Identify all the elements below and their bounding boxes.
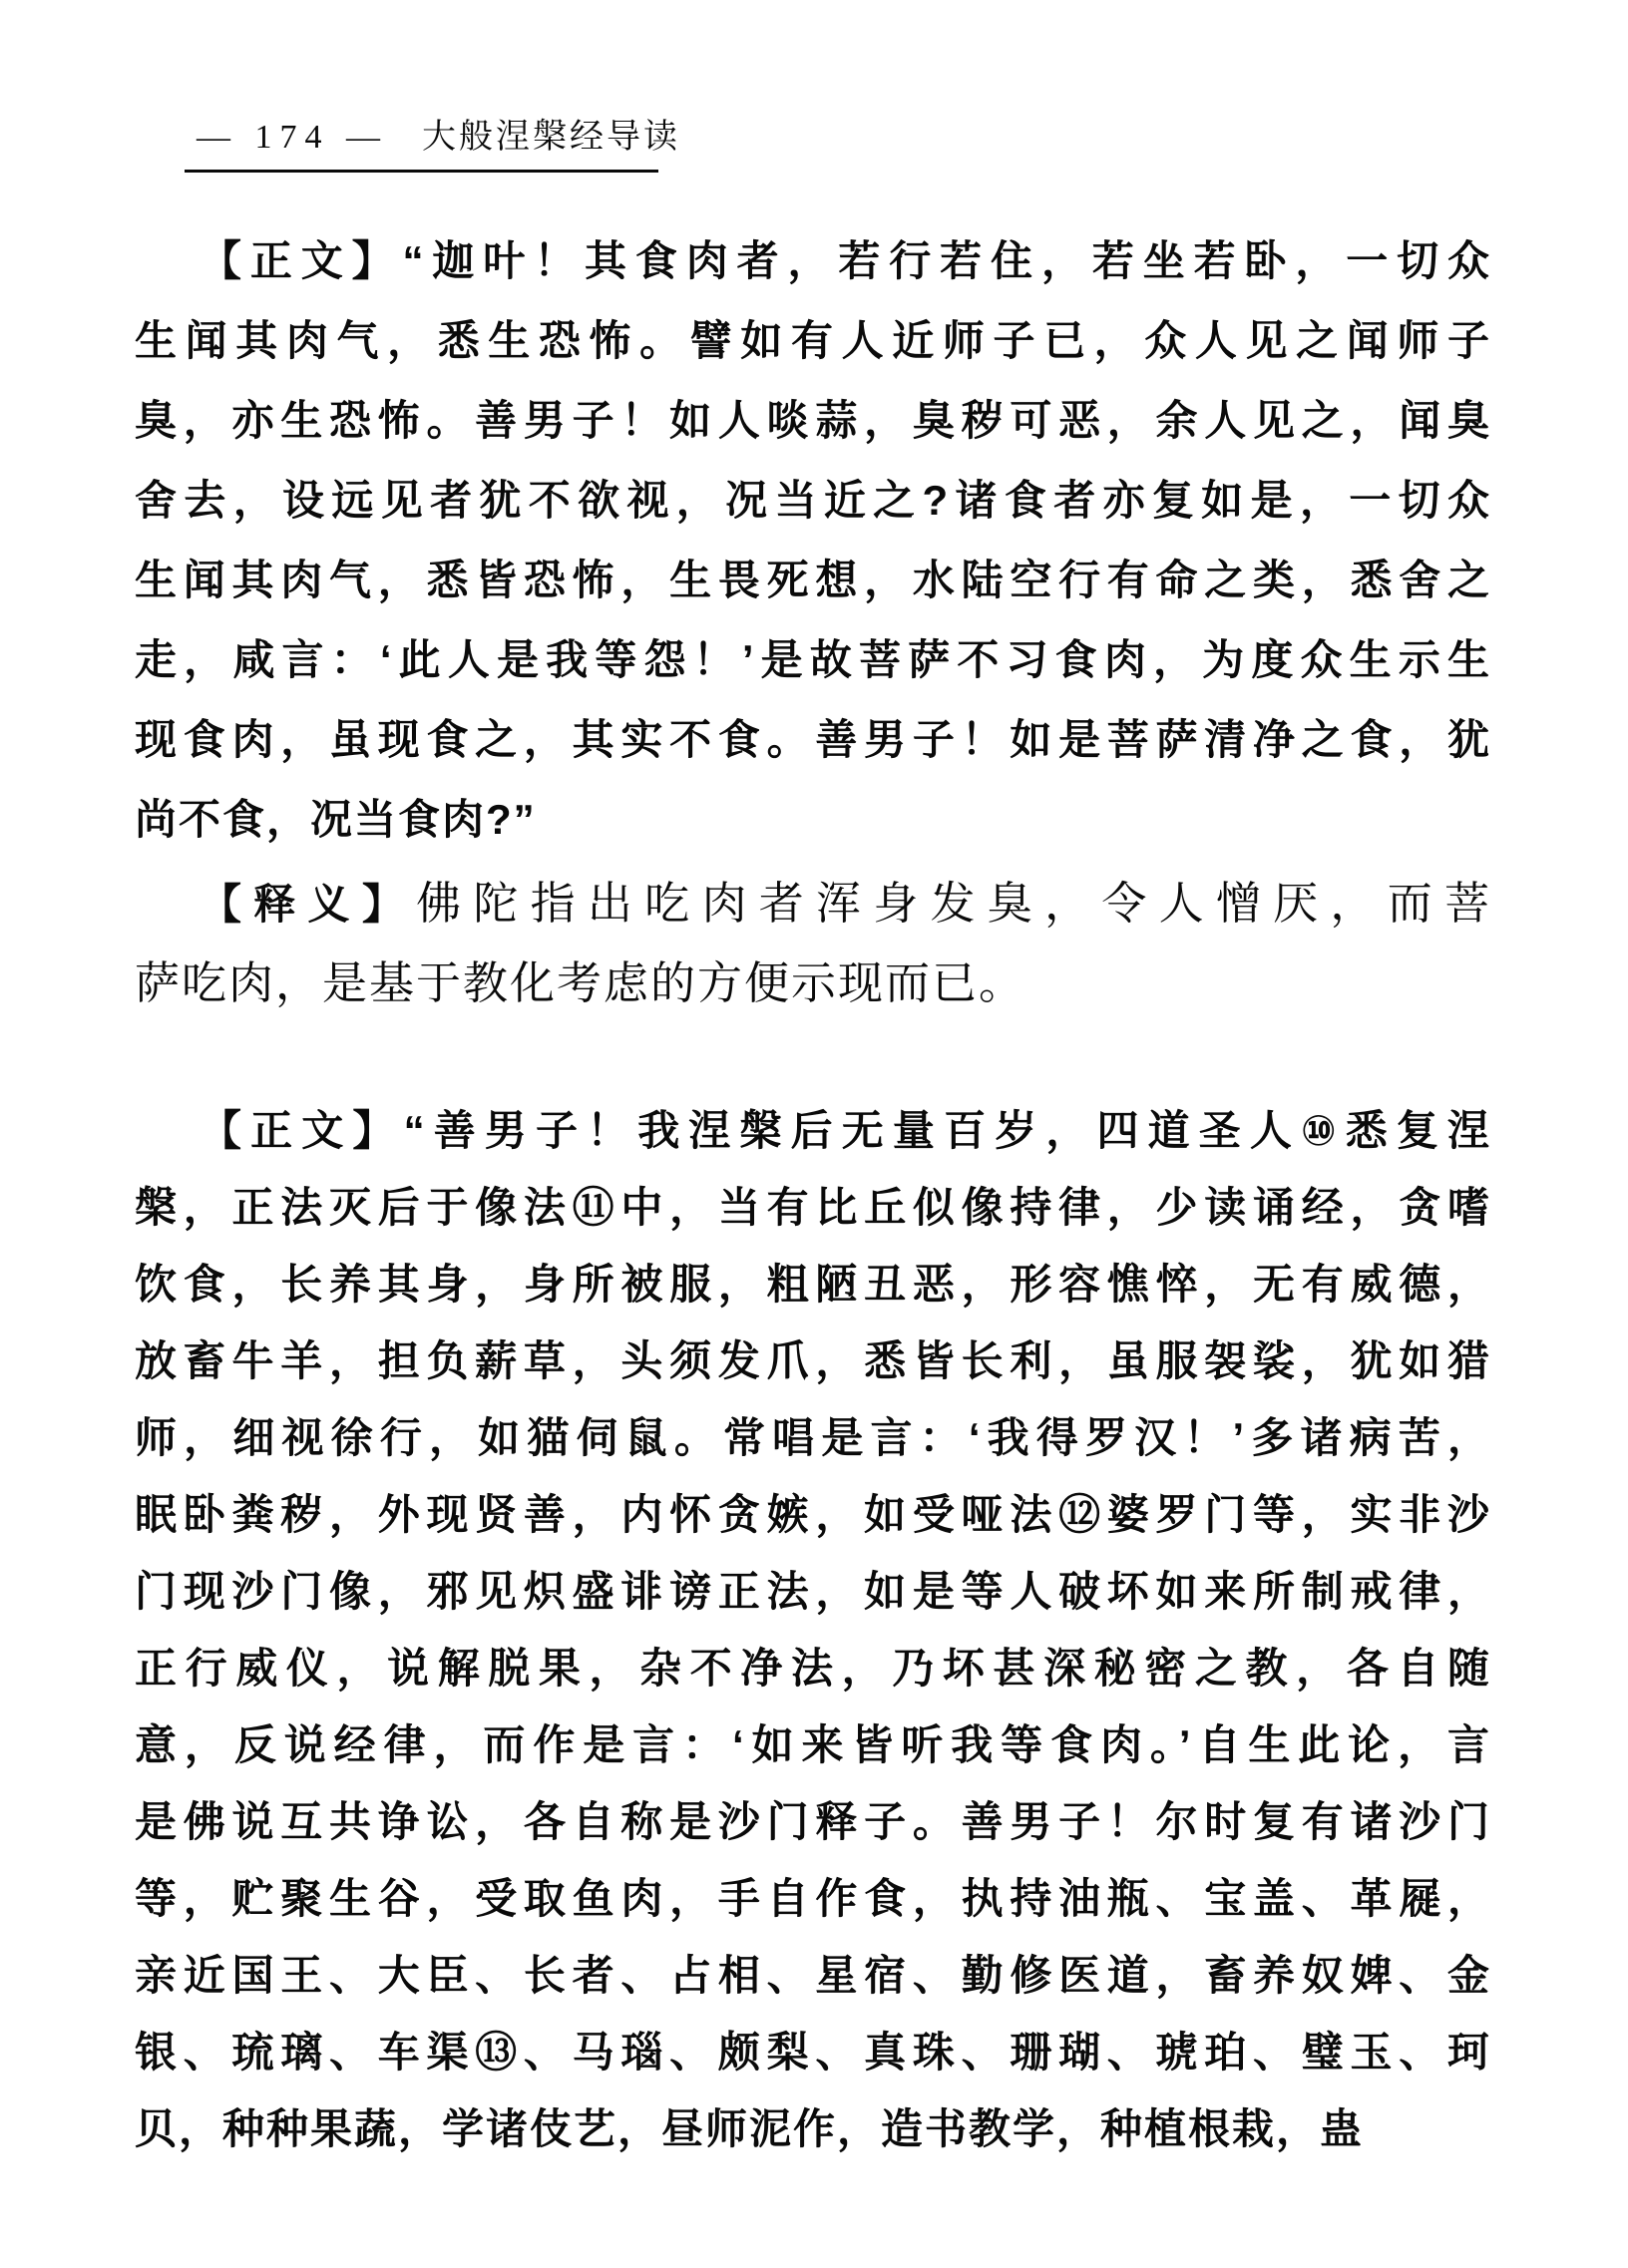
text-line: 是佛说互共诤讼，各自称是沙门释子。善男子！尔时复有诸沙门 bbox=[135, 1783, 1491, 1860]
book-page: — 174 —大般涅槃经导读 【正文】“迦叶！其食肉者，若行若住，若坐若卧，一切… bbox=[0, 0, 1628, 2268]
text-line: 生闻其肉气，悉皆恐怖，生畏死想，水陆空行有命之类，悉舍之 bbox=[135, 541, 1491, 620]
book-title: 大般涅槃经导读 bbox=[422, 119, 680, 156]
text-line: 眠卧粪秽，外现贤善，内怀贪嫉，如受哑法⑫婆罗门等，实非沙 bbox=[135, 1476, 1491, 1553]
text-line: 槃，正法灭后于像法⑪中，当有比丘似像持律，少读诵经，贪嗜 bbox=[135, 1169, 1491, 1246]
text-line: 现食肉，虽现食之，其实不食。善男子！如是菩萨清净之食，犹 bbox=[135, 700, 1491, 780]
text-line: 意，反说经律，而作是言：‘如来皆听我等食肉。’自生此论，言 bbox=[135, 1706, 1491, 1783]
text-line: 【正文】“善男子！我涅槃后无量百岁，四道圣人⑩悉复涅 bbox=[135, 1092, 1491, 1169]
text-line: 尚不食，况当食肉?” bbox=[135, 780, 1491, 860]
zhengwen-label: 【正文】 bbox=[200, 1107, 404, 1154]
header-rule bbox=[185, 170, 658, 173]
text-line: 正行威仪，说解脱果，杂不净法，乃坏甚深秘密之教，各自随 bbox=[135, 1630, 1491, 1706]
text-line: 生闻其肉气，悉生恐怖。譬如有人近师子已，众人见之闻师子 bbox=[135, 301, 1491, 381]
paragraph-zhengwen-2: 【正文】“善男子！我涅槃后无量百岁，四道圣人⑩悉复涅 槃，正法灭后于像法⑪中，当… bbox=[135, 1092, 1491, 2167]
text-line: 饮食，长养其身，身所被服，粗陋丑恶，形容憔悴，无有威德， bbox=[135, 1246, 1491, 1323]
text-line-content: 佛陀指出吃肉者浑身发臭，令人憎厌，而菩 bbox=[416, 879, 1491, 929]
text-line: 【正文】“迦叶！其食肉者，若行若住，若坐若卧，一切众 bbox=[135, 221, 1491, 301]
text-line-content: “迦叶！其食肉者，若行若住，若坐若卧，一切众 bbox=[403, 237, 1491, 284]
text-line: 放畜牛羊，担负薪草，头须发爪，悉皆长利，虽服袈裟，犹如猎 bbox=[135, 1323, 1491, 1399]
text-line: 贝，种种果蔬，学诸伎艺，昼师泥作，造书教学，种植根栽，蛊 bbox=[135, 2090, 1491, 2167]
text-line: 【释义】佛陀指出吃肉者浑身发臭，令人憎厌，而菩 bbox=[135, 864, 1491, 944]
text-line-content: “善男子！我涅槃后无量百岁，四道圣人⑩悉复涅 bbox=[404, 1107, 1491, 1154]
text-line: 舍去，设远见者犹不欲视，况当近之?诸食者亦复如是，一切众 bbox=[135, 461, 1491, 541]
text-line: 臭，亦生恐怖。善男子！如人啖蒜，臭秽可恶，余人见之，闻臭 bbox=[135, 381, 1491, 461]
page-header: — 174 —大般涅槃经导读 bbox=[197, 118, 1493, 158]
paragraph-shiyi: 【释义】佛陀指出吃肉者浑身发臭，令人憎厌，而菩 萨吃肉，是基于教化考虑的方便示现… bbox=[135, 864, 1491, 1023]
paragraph-zhengwen-1: 【正文】“迦叶！其食肉者，若行若住，若坐若卧，一切众 生闻其肉气，悉生恐怖。譬如… bbox=[135, 221, 1491, 860]
zhengwen-label: 【正文】 bbox=[200, 237, 403, 284]
text-line: 萨吃肉，是基于教化考虑的方便示现而已。 bbox=[135, 944, 1491, 1023]
text-line: 银、琉璃、车渠⑬、马瑙、颇梨、真珠、珊瑚、琥珀、璧玉、珂 bbox=[135, 2014, 1491, 2090]
page-number: — 174 — bbox=[197, 119, 388, 156]
text-line: 亲近国王、大臣、长者、占相、星宿、勤修医道，畜养奴婢、金 bbox=[135, 1937, 1491, 2014]
text-line: 等，贮聚生谷，受取鱼肉，手自作食，执持油瓶、宝盖、革屣， bbox=[135, 1860, 1491, 1937]
text-line: 走，咸言：‘此人是我等怨！’是故菩萨不习食肉，为度众生示生 bbox=[135, 620, 1491, 700]
shiyi-label: 【释义】 bbox=[200, 881, 416, 928]
text-line: 师，细视徐行，如猫伺鼠。常唱是言：‘我得罗汉！’多诸病苦， bbox=[135, 1399, 1491, 1476]
text-line: 门现沙门像，邪见炽盛诽谤正法，如是等人破坏如来所制戒律， bbox=[135, 1553, 1491, 1630]
